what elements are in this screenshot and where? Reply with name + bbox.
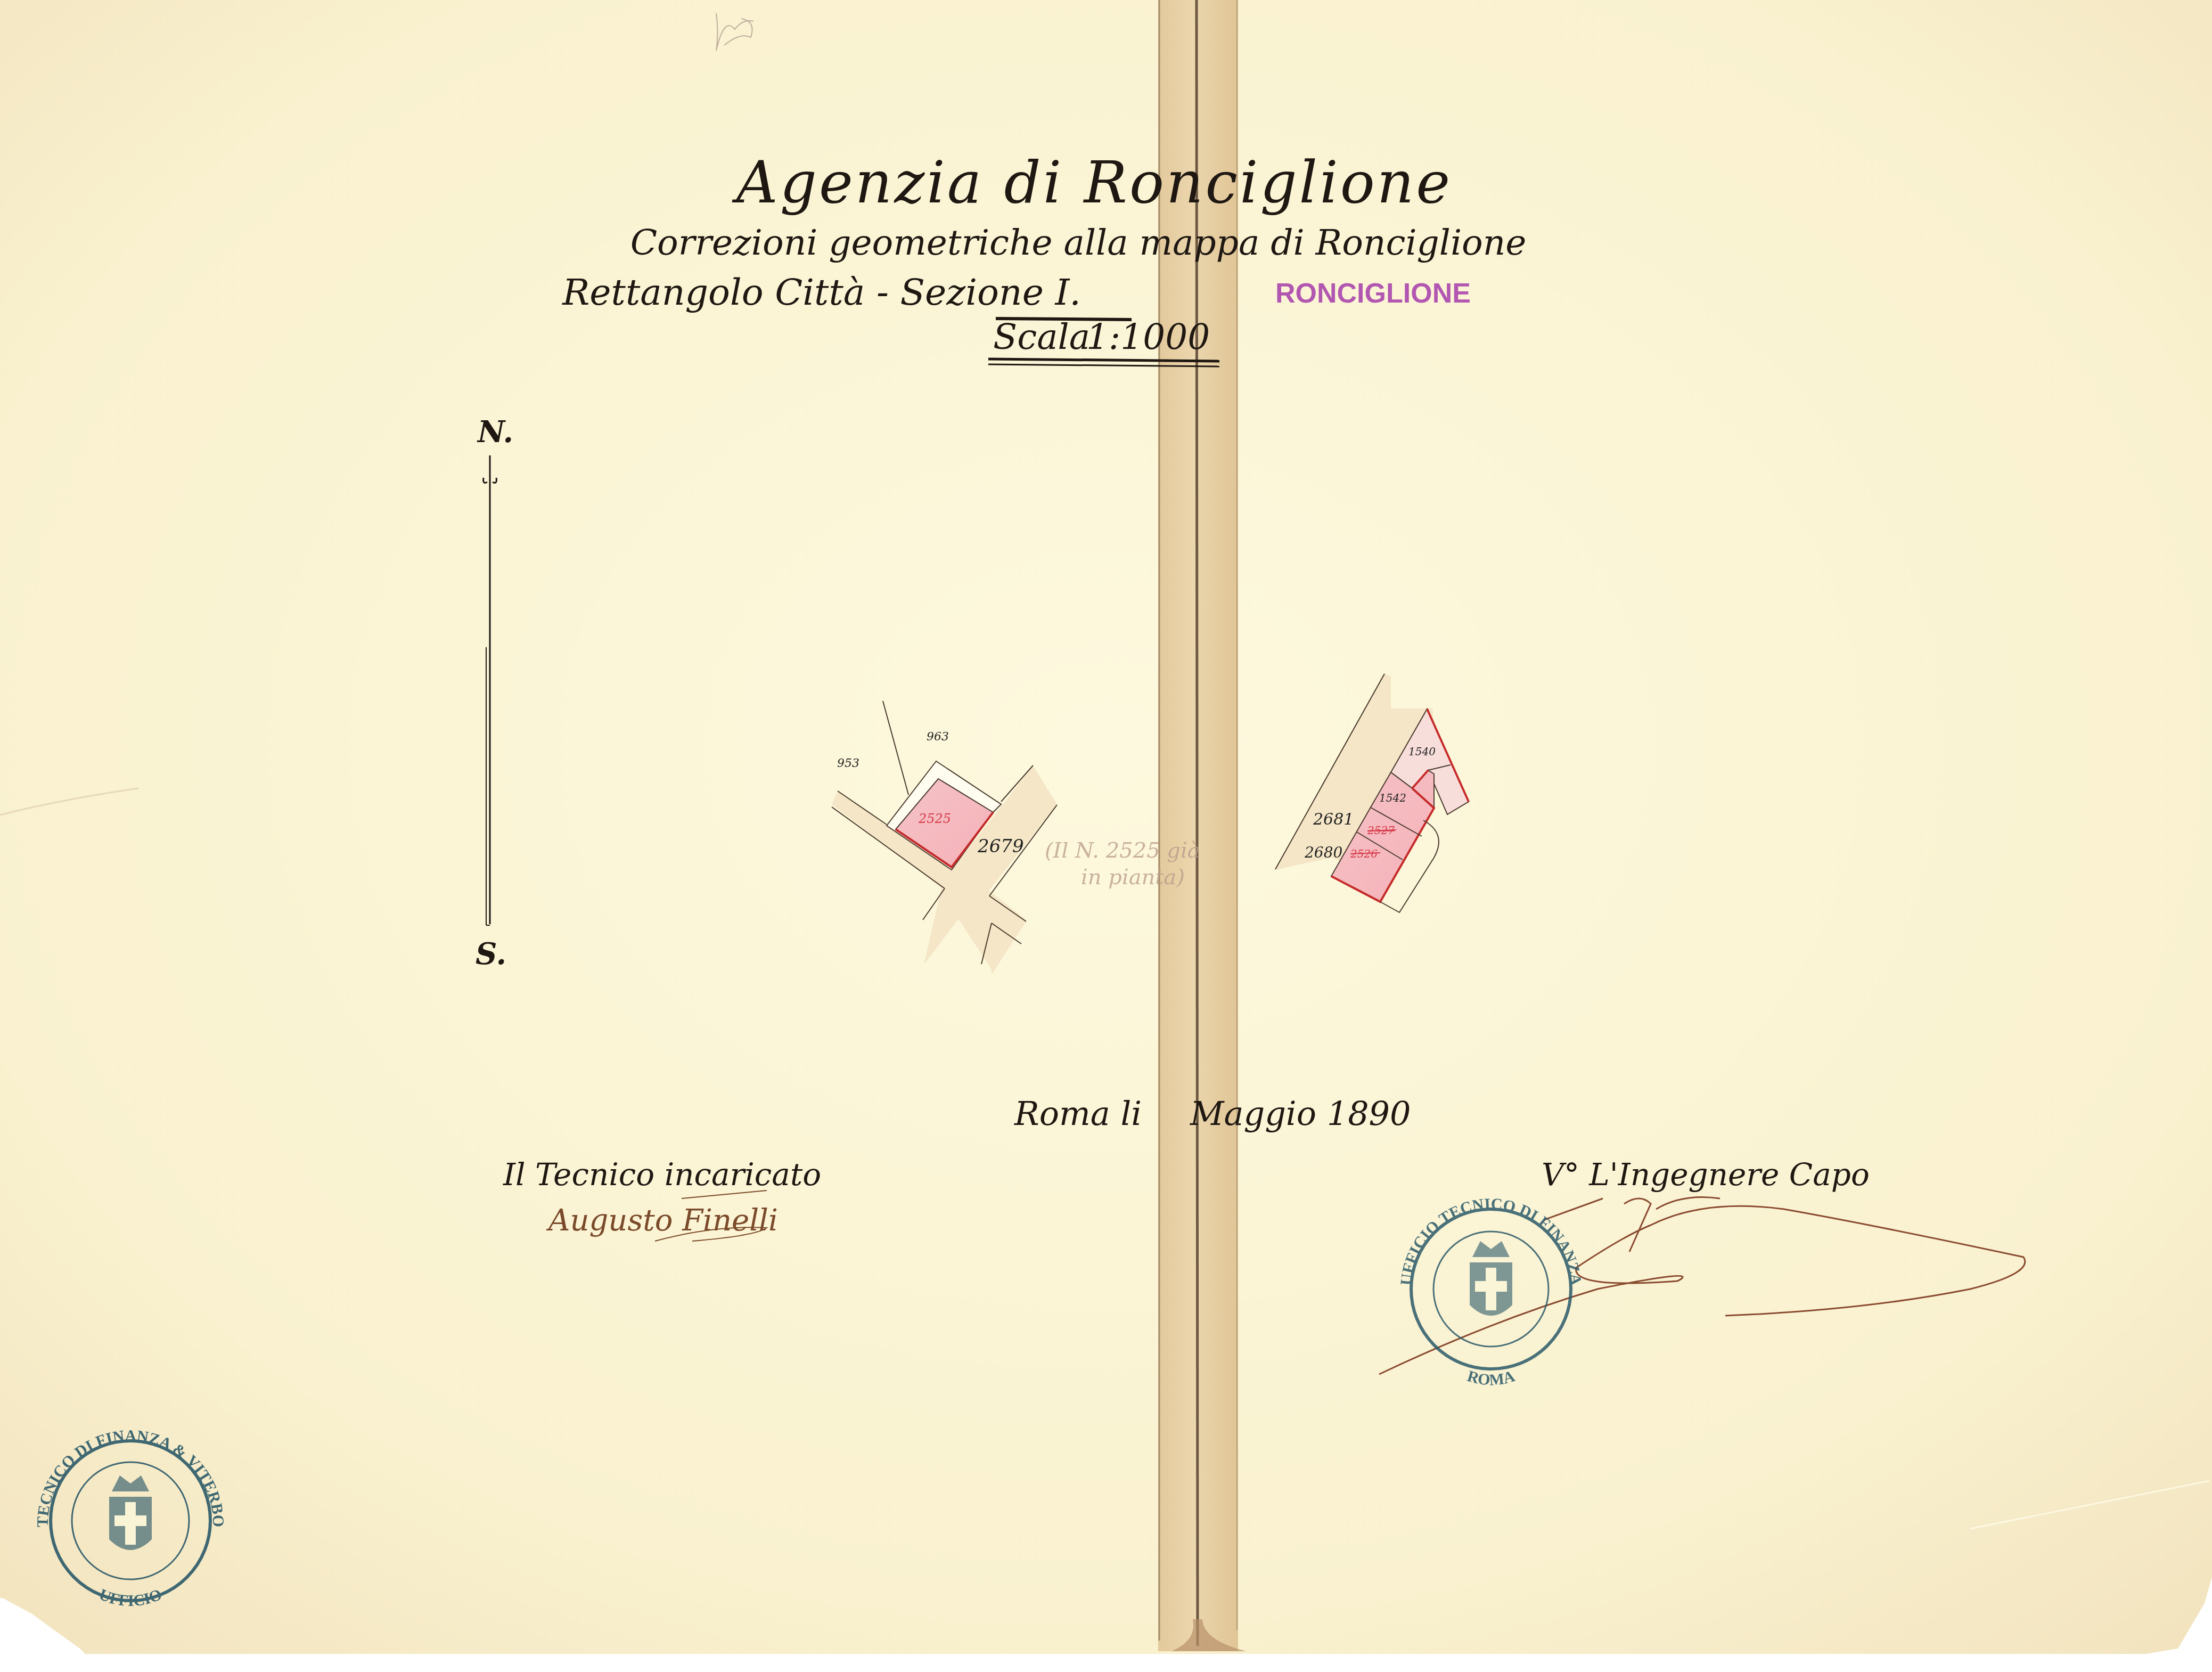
date-place: Roma li — [1014, 1094, 1142, 1133]
road-label-2680: 2680 — [1304, 844, 1342, 861]
document-title: Agenzia di Ronciglione — [732, 150, 1452, 216]
chief-engineer-role: V° L'Ingegnere Capo — [1542, 1156, 1870, 1193]
pencil-note-line2: in pianta) — [1081, 865, 1185, 890]
section-line: Rettangolo Città - Sezione I. — [561, 272, 1081, 314]
scale-label: Scala — [993, 316, 1090, 357]
parcel-label-963: 963 — [927, 730, 949, 744]
scale-value: 1:1000 — [1086, 316, 1210, 357]
date-month-year: Maggio 1890 — [1190, 1094, 1411, 1133]
compass-south-label: S. — [476, 936, 506, 972]
technician-role: Il Tecnico incaricato — [503, 1156, 821, 1193]
parcel-label-953: 953 — [837, 757, 859, 770]
savoy-cross-shield-icon — [109, 1475, 152, 1550]
parcel-label-1540: 1540 — [1408, 745, 1436, 758]
parcel-label-1542: 1542 — [1379, 792, 1406, 804]
parcel-label-2679: 2679 — [977, 836, 1024, 857]
ronciglione-purple-stamp: RONCIGLIONE — [1275, 278, 1471, 309]
technician-name: Augusto Finelli — [546, 1203, 778, 1238]
road-label-2681: 2681 — [1313, 810, 1354, 829]
document-subtitle: Correzioni geometriche alla mappa di Ron… — [630, 222, 1527, 263]
parcel-label-2525: 2525 — [918, 811, 951, 826]
savoy-cross-shield-icon — [1470, 1241, 1512, 1316]
date-line: Roma li Maggio 1890 — [1014, 1094, 1411, 1133]
compass-north-label: N. — [477, 414, 513, 450]
pencil-note-line1: (Il N. 2525 già — [1045, 838, 1200, 863]
cadastral-map-sheet: Agenzia di Ronciglione Correzioni geomet… — [0, 0, 2212, 1672]
